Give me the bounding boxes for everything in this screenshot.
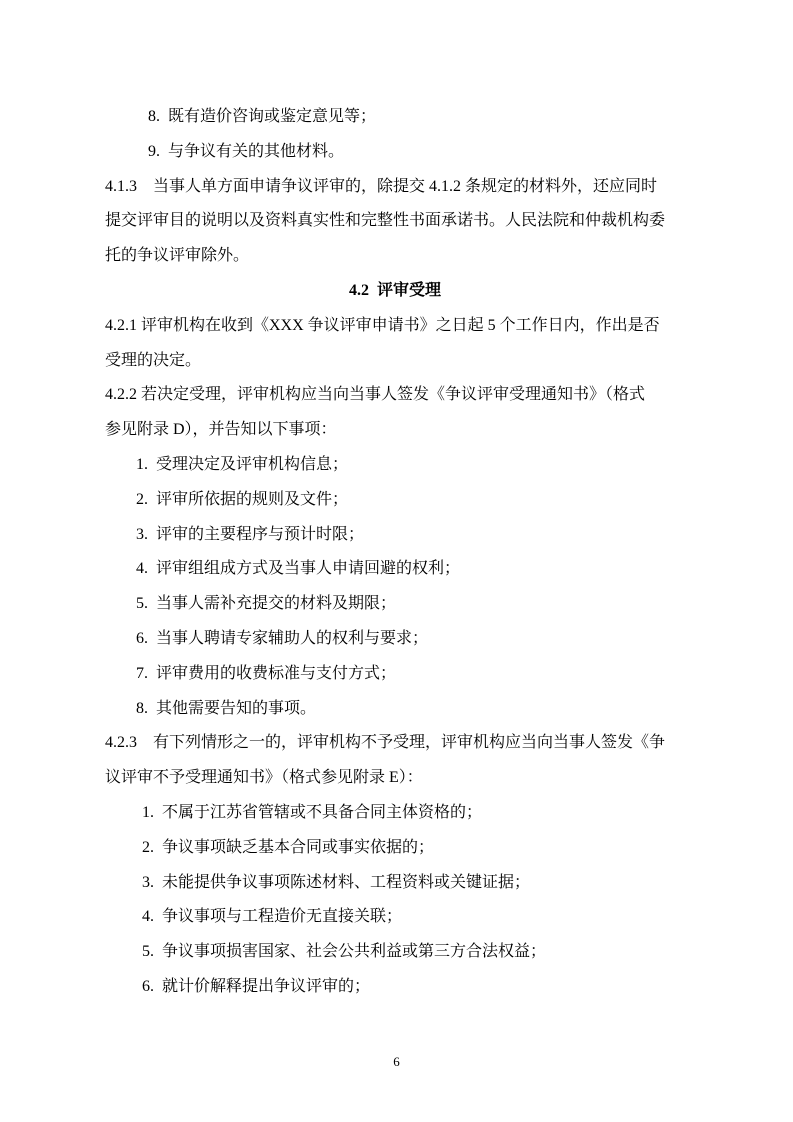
- clause-4-2-1-line-1: 4.2.1 评审机构在收到《XXX 争议评审申请书》之日起 5 个工作日内，作出…: [105, 309, 685, 344]
- list-item-4-2-3-1: 1. 不属于江苏省管辖或不具备合同主体资格的；: [105, 796, 685, 831]
- clause-4-1-3-line-1: 4.1.3 当事人单方面申请争议评审的，除提交 4.1.2 条规定的材料外，还应…: [105, 170, 685, 205]
- list-item-4-2-3-4: 4. 争议事项与工程造价无直接关联；: [105, 900, 685, 935]
- clause-4-1-3-line-3: 托的争议评审除外。: [105, 239, 685, 274]
- list-item-4-2-3-6: 6. 就计价解释提出争议评审的；: [105, 970, 685, 1005]
- page-number: 6: [0, 1052, 793, 1072]
- list-item-4-2-2-1: 1. 受理决定及评审机构信息；: [105, 448, 685, 483]
- document-page: 8. 既有造价咨询或鉴定意见等； 9. 与争议有关的其他材料。 4.1.3 当事…: [0, 0, 793, 1122]
- clause-4-2-1-line-2: 受理的决定。: [105, 344, 685, 379]
- document-body: 8. 既有造价咨询或鉴定意见等； 9. 与争议有关的其他材料。 4.1.3 当事…: [105, 0, 685, 1005]
- clause-4-1-3-line-2: 提交评审目的说明以及资料真实性和完整性书面承诺书。人民法院和仲裁机构委: [105, 204, 685, 239]
- list-item-4-1-2-8: 8. 既有造价咨询或鉴定意见等；: [105, 100, 685, 135]
- clause-4-2-2-line-2: 参见附录 D），并告知以下事项：: [105, 413, 685, 448]
- list-item-4-2-3-3: 3. 未能提供争议事项陈述材料、工程资料或关键证据；: [105, 866, 685, 901]
- list-item-4-1-2-9: 9. 与争议有关的其他材料。: [105, 135, 685, 170]
- list-item-4-2-2-8: 8. 其他需要告知的事项。: [105, 692, 685, 727]
- list-item-4-2-2-4: 4. 评审组组成方式及当事人申请回避的权利；: [105, 552, 685, 587]
- list-item-4-2-2-6: 6. 当事人聘请专家辅助人的权利与要求；: [105, 622, 685, 657]
- clause-4-2-3-line-2: 议评审不予受理通知书》（格式参见附录 E）：: [105, 761, 685, 796]
- list-item-4-2-2-3: 3. 评审的主要程序与预计时限；: [105, 518, 685, 553]
- list-item-4-2-3-5: 5. 争议事项损害国家、社会公共利益或第三方合法权益；: [105, 935, 685, 970]
- list-item-4-2-2-2: 2. 评审所依据的规则及文件；: [105, 483, 685, 518]
- section-heading-4-2: 4.2 评审受理: [105, 274, 685, 309]
- list-item-4-2-2-5: 5. 当事人需补充提交的材料及期限；: [105, 587, 685, 622]
- clause-4-2-2-line-1: 4.2.2 若决定受理，评审机构应当向当事人签发《争议评审受理通知书》（格式: [105, 378, 685, 413]
- clause-4-2-3-line-1: 4.2.3 有下列情形之一的，评审机构不予受理，评审机构应当向当事人签发《争: [105, 726, 685, 761]
- list-item-4-2-3-2: 2. 争议事项缺乏基本合同或事实依据的；: [105, 831, 685, 866]
- list-item-4-2-2-7: 7. 评审费用的收费标准与支付方式；: [105, 657, 685, 692]
